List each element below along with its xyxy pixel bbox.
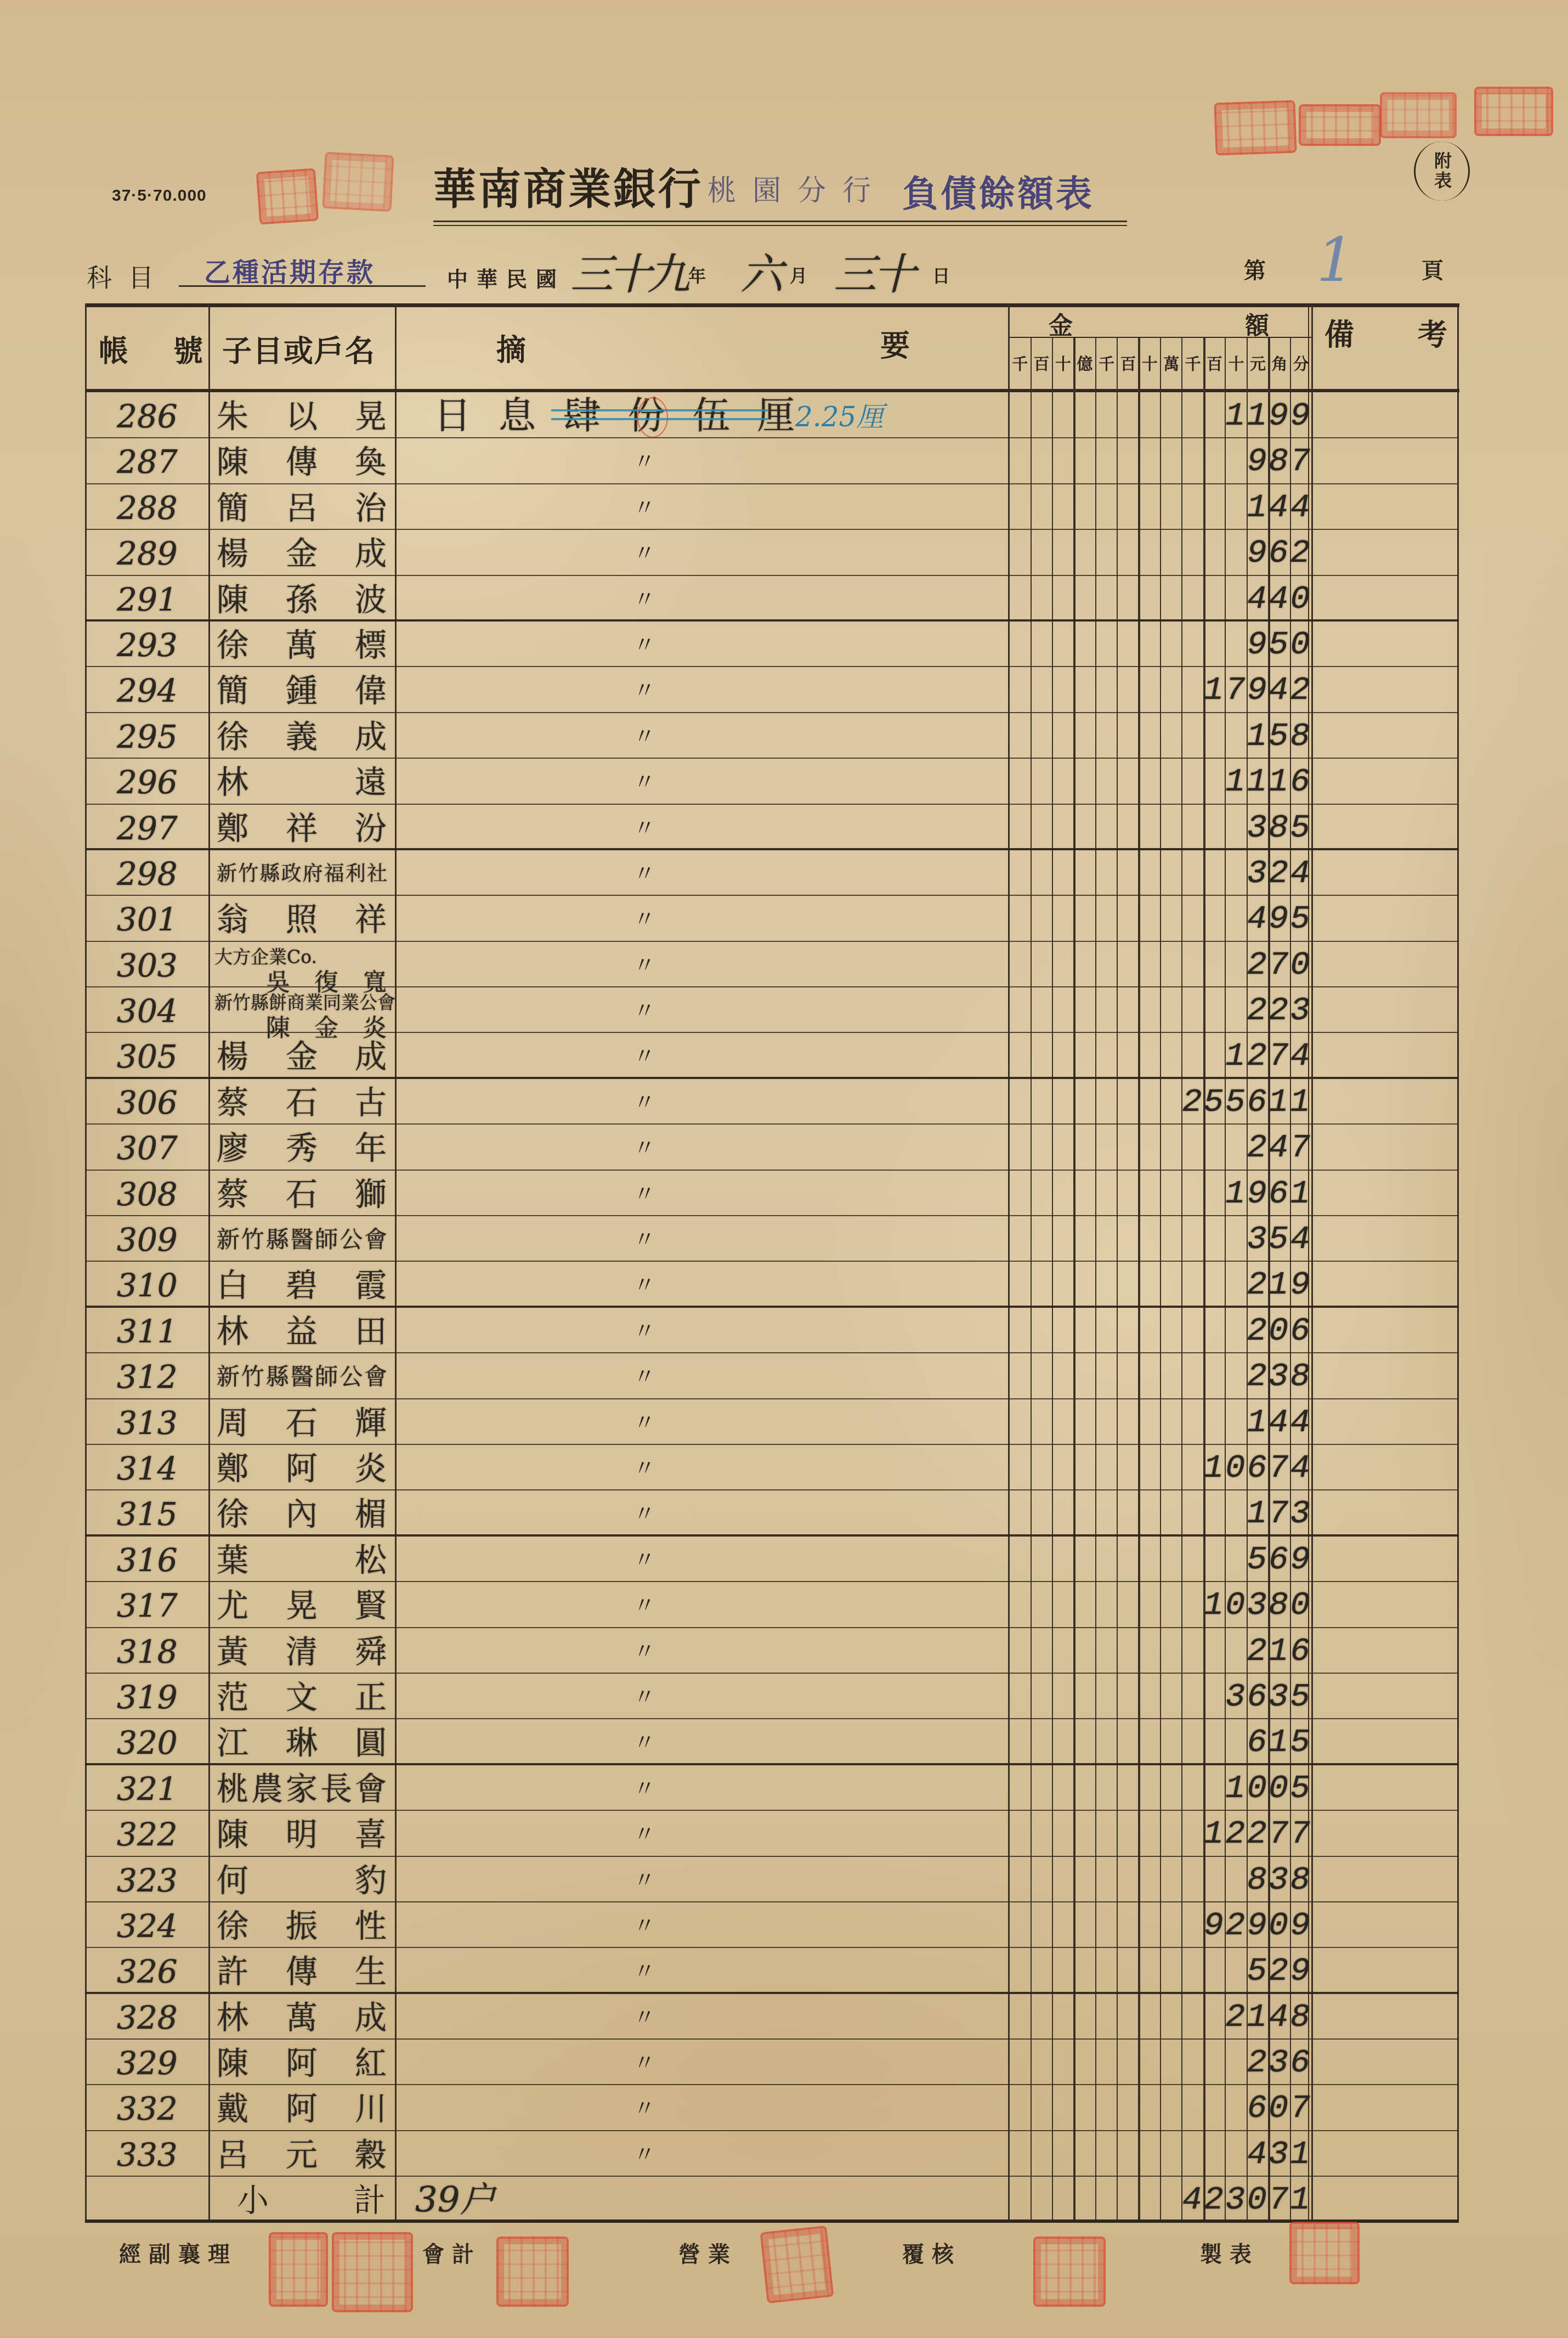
account-number: 324	[85, 1902, 208, 1947]
summary-ditto-mark: 〃	[395, 759, 1009, 803]
seal-stamp	[269, 2232, 328, 2307]
balance-amount: 495	[1009, 896, 1312, 940]
title-underline	[433, 221, 1127, 222]
account-holder-name: 簡鍾偉	[217, 667, 387, 711]
summary-ditto-mark: 〃	[395, 1033, 1009, 1077]
subtotal-label-1: 小	[237, 2177, 269, 2224]
account-number: 328	[85, 1994, 208, 2038]
account-number: 289	[85, 530, 208, 574]
summary-cell: 日息肆份伍厘 2.25厘	[395, 393, 1009, 437]
attachment-mark: 附表	[1414, 142, 1470, 201]
seal-stamp	[1033, 2237, 1106, 2307]
balance-amount: 219	[1009, 1262, 1312, 1306]
seal-stamp	[496, 2237, 569, 2307]
date-month-label: 月	[790, 262, 807, 287]
table-row: 311林益田〃206	[85, 1308, 1459, 1353]
summary-ditto-mark: 〃	[395, 2131, 1009, 2176]
summary-ditto-mark: 〃	[395, 1719, 1009, 1764]
balance-amount: 1116	[1009, 759, 1312, 803]
balance-amount: 173	[1009, 1490, 1312, 1535]
account-holder-name: 蔡石獅	[217, 1171, 387, 1215]
subtotal-amount: 423071	[1009, 2177, 1312, 2221]
seal-stamp	[332, 2232, 413, 2312]
account-holder-name: 廖秀年	[217, 1125, 387, 1169]
account-number: 318	[85, 1628, 208, 1673]
account-number: 332	[85, 2085, 208, 2130]
table-row: 298新竹縣政府福利社〃324	[85, 850, 1459, 896]
table-row: 288簡呂治〃144	[85, 484, 1459, 530]
account-holder-name: 許傳生	[217, 1948, 387, 1992]
account-holder-name: 尤晃賢	[217, 1582, 387, 1627]
rate-annotation: 2.25厘	[795, 395, 884, 434]
table-row: 297鄭祥汾〃385	[85, 805, 1459, 850]
header-account-1: 帳	[99, 328, 128, 370]
table-row: 332戴阿川〃607	[85, 2085, 1459, 2131]
header-summary-2: 要	[880, 323, 910, 365]
header-remarks-1: 備	[1324, 312, 1354, 354]
summary-ditto-mark: 〃	[395, 1582, 1009, 1627]
table-row: 307廖秀年〃247	[85, 1125, 1459, 1170]
summary-ditto-mark: 〃	[395, 1079, 1009, 1123]
digit-unit-label: 元	[1247, 339, 1269, 389]
account-number: 313	[85, 1399, 208, 1444]
account-number: 306	[85, 1079, 208, 1123]
digit-unit-label: 十	[1139, 339, 1161, 389]
balance-amount: 236	[1009, 2040, 1312, 2084]
summary-ditto-mark: 〃	[395, 667, 1009, 711]
account-number: 295	[85, 713, 208, 758]
summary-ditto-mark: 〃	[395, 1262, 1009, 1306]
table-row: 294簡鍾偉〃17942	[85, 667, 1459, 713]
date-day: 三十	[834, 240, 913, 302]
summary-ditto-mark: 〃	[395, 1674, 1009, 1718]
balance-amount: 10674	[1009, 1445, 1312, 1489]
summary-ditto-mark: 〃	[395, 484, 1009, 529]
account-holder-name: 朱以晃	[217, 393, 387, 437]
balance-amount: 1274	[1009, 1033, 1312, 1077]
summary-ditto-mark: 〃	[395, 1445, 1009, 1489]
account-holder-name: 陳明喜	[217, 1811, 387, 1855]
digit-unit-label: 十	[1052, 339, 1074, 389]
table-row: 315徐內楣〃173	[85, 1490, 1459, 1536]
table-row: 306蔡石古〃255611	[85, 1079, 1459, 1125]
account-number: 293	[85, 622, 208, 666]
summary-ditto-mark: 〃	[395, 1948, 1009, 1992]
digit-unit-label: 萬	[1161, 339, 1182, 389]
summary-ditto-mark: 〃	[395, 1308, 1009, 1352]
balance-amount: 440	[1009, 576, 1312, 620]
table-row: 317尤晃賢〃10380	[85, 1582, 1459, 1628]
balance-amount: 2148	[1009, 1994, 1312, 2038]
branch-name: 桃園分行	[707, 167, 887, 208]
table-row: 293徐萬標〃950	[85, 622, 1459, 667]
summary-ditto-mark: 〃	[395, 1811, 1009, 1855]
account-number: 305	[85, 1033, 208, 1077]
table-row: 323何豹〃838	[85, 1857, 1459, 1902]
account-holder-name: 林益田	[217, 1308, 387, 1352]
account-number: 294	[85, 667, 208, 711]
seal-stamp	[1474, 87, 1553, 136]
balance-amount: 3635	[1009, 1674, 1312, 1718]
summary-ditto-mark: 〃	[395, 1765, 1009, 1810]
report-title: 負債餘額表	[902, 165, 1094, 217]
date-day-label: 日	[932, 262, 950, 287]
summary-ditto-mark: 〃	[395, 2040, 1009, 2084]
subject-label: 科目	[87, 258, 170, 294]
digit-unit-label: 百	[1031, 339, 1052, 389]
seal-stamp	[1299, 104, 1381, 146]
account-number: 309	[85, 1216, 208, 1261]
header-name: 子目或戶名	[222, 328, 376, 370]
table-row: 301翁照祥〃495	[85, 896, 1459, 941]
account-holder-name: 蔡石古	[217, 1079, 387, 1123]
summary-ditto-mark: 〃	[395, 1537, 1009, 1581]
balance-amount: 569	[1009, 1537, 1312, 1581]
ledger-table-body: 286 朱以晃 日息肆份伍厘 2.25厘 1199 287陳傳奐〃987 288…	[85, 393, 1459, 2223]
signature-label-operations: 營業	[678, 2237, 738, 2268]
account-number: 315	[85, 1490, 208, 1535]
account-number: 317	[85, 1582, 208, 1627]
account-count: 39户	[415, 2177, 495, 2224]
summary-ditto-mark: 〃	[395, 713, 1009, 758]
account-holder-name: 陳傳奐	[217, 438, 387, 483]
account-number: 329	[85, 2040, 208, 2084]
table-row: 316葉松〃569	[85, 1537, 1459, 1582]
signature-label-preparer: 製表	[1200, 2237, 1259, 2268]
summary-ditto-mark: 〃	[395, 942, 1009, 986]
account-holder-name: 白碧霞	[217, 1262, 387, 1306]
account-holder-name: 陳阿紅	[217, 2040, 387, 2084]
date-year: 三十九	[570, 240, 686, 302]
balance-amount: 10380	[1009, 1582, 1312, 1627]
account-number: 308	[85, 1171, 208, 1215]
table-row: 333呂元穀〃431	[85, 2131, 1459, 2177]
account-holder-name: 呂元穀	[217, 2131, 387, 2176]
account-holder-name: 翁照祥	[217, 896, 387, 940]
table-row: 313周石輝〃144	[85, 1399, 1459, 1445]
interest-rate-text: 日息肆份伍厘	[434, 393, 822, 440]
account-number: 286	[85, 393, 208, 437]
digit-unit-label: 角	[1269, 339, 1290, 389]
account-holder-name: 周石輝	[217, 1399, 387, 1444]
signature-label-manager: 經副襄理	[119, 2237, 237, 2268]
account-number: 314	[85, 1445, 208, 1489]
balance-amount: 1199	[1009, 393, 1312, 437]
title-underline	[433, 225, 1127, 226]
summary-ditto-mark: 〃	[395, 1490, 1009, 1535]
table-row: 286 朱以晃 日息肆份伍厘 2.25厘 1199	[85, 393, 1459, 438]
signature-label-accounting: 會計	[422, 2237, 482, 2268]
balance-amount: 238	[1009, 1353, 1312, 1398]
table-row: 303大方企業Co.吳復寬〃270	[85, 942, 1459, 987]
balance-amount: 385	[1009, 805, 1312, 849]
account-number: 287	[85, 438, 208, 483]
header-amount-1: 金	[1049, 306, 1073, 341]
summary-ditto-mark: 〃	[395, 1171, 1009, 1215]
page-suffix: 頁	[1422, 253, 1444, 285]
account-number: 320	[85, 1719, 208, 1764]
balance-amount: 962	[1009, 530, 1312, 574]
account-holder-name: 黃清舜	[217, 1628, 387, 1673]
table-row: 312新竹縣醫師公會〃238	[85, 1353, 1459, 1399]
account-number: 304	[85, 987, 208, 1032]
digit-unit-label: 億	[1074, 339, 1095, 389]
account-number: 310	[85, 1262, 208, 1306]
table-row: 309新竹縣醫師公會〃354	[85, 1216, 1459, 1262]
subject-value: 乙種活期存款	[204, 251, 375, 289]
digit-unit-label: 分	[1290, 339, 1312, 389]
balance-amount: 607	[1009, 2085, 1312, 2130]
bank-name: 華南商業銀行	[433, 155, 703, 217]
account-holder-name: 徐振性	[217, 1902, 387, 1947]
account-number: 301	[85, 896, 208, 940]
correction-seal	[637, 397, 668, 438]
seal-stamp	[1380, 92, 1457, 138]
table-row: 328林萬成〃2148	[85, 1994, 1459, 2040]
table-row: 314鄭阿炎〃10674	[85, 1445, 1459, 1490]
summary-ditto-mark: 〃	[395, 1902, 1009, 1947]
account-number: 326	[85, 1948, 208, 1992]
balance-amount: 950	[1009, 622, 1312, 666]
account-holder-name: 林遠	[217, 759, 387, 803]
summary-ditto-mark: 〃	[395, 530, 1009, 574]
seal-stamp	[1289, 2222, 1360, 2284]
account-number: 298	[85, 850, 208, 895]
balance-amount: 354	[1009, 1216, 1312, 1261]
balance-amount: 206	[1009, 1308, 1312, 1352]
balance-amount: 270	[1009, 942, 1312, 986]
account-holder-name: 江琳圓	[217, 1719, 387, 1764]
table-row: 291陳孫波〃440	[85, 576, 1459, 622]
table-row: 320江琳圓〃615	[85, 1719, 1459, 1765]
account-number: 319	[85, 1674, 208, 1718]
balance-amount: 431	[1009, 2131, 1312, 2176]
account-number: 288	[85, 484, 208, 529]
balance-amount: 838	[1009, 1857, 1312, 1901]
table-row: 324徐振性〃92909	[85, 1902, 1459, 1948]
table-row: 305楊金成〃1274	[85, 1033, 1459, 1078]
account-holder-name: 葉松	[217, 1537, 387, 1581]
table-row: 318黃清舜〃216	[85, 1628, 1459, 1674]
summary-ditto-mark: 〃	[395, 1353, 1009, 1398]
subject-underline	[179, 285, 426, 287]
account-holder-name: 徐萬標	[217, 622, 387, 666]
digit-unit-label: 千	[1096, 339, 1117, 389]
date-year-label: 年	[688, 262, 706, 287]
table-row: 326許傳生〃529	[85, 1948, 1459, 1993]
table-row: 322陳明喜〃12277	[85, 1811, 1459, 1856]
balance-amount: 247	[1009, 1125, 1312, 1169]
balance-amount: 17942	[1009, 667, 1312, 711]
seal-stamp	[1214, 100, 1297, 155]
account-number: 297	[85, 805, 208, 849]
balance-amount: 12277	[1009, 1811, 1312, 1855]
account-number: 333	[85, 2131, 208, 2176]
subtotal-label-2: 計	[354, 2177, 386, 2224]
account-holder-name: 陳孫波	[217, 576, 387, 620]
balance-amount: 144	[1009, 484, 1312, 529]
balance-amount: 223	[1009, 987, 1312, 1032]
ledger-scan: 37·5·70.000 華南商業銀行 桃園分行 負債餘額表 附表 科目 乙種活期…	[0, 0, 1568, 2338]
summary-ditto-mark: 〃	[395, 576, 1009, 620]
account-number: 321	[85, 1765, 208, 1810]
account-number: 296	[85, 759, 208, 803]
header-remarks-2: 考	[1418, 312, 1447, 354]
account-holder-name: 徐義成	[217, 713, 387, 758]
summary-ditto-mark: 〃	[395, 987, 1009, 1032]
digit-unit-label: 百	[1117, 339, 1139, 389]
seal-stamp	[760, 2226, 834, 2303]
account-holder-name: 大方企業Co.吳復寬	[217, 942, 387, 986]
seal-stamp	[322, 152, 394, 212]
account-holder-name: 楊金成	[217, 530, 387, 574]
digit-unit-label: 十	[1225, 339, 1247, 389]
page-prefix: 第	[1244, 253, 1266, 285]
date-era-label: 中華民國	[447, 262, 565, 292]
signature-label-review: 覆核	[902, 2237, 961, 2268]
account-holder-name: 新竹縣餅商業同業公會陳金炎	[217, 987, 387, 1032]
table-row: 304新竹縣餅商業同業公會陳金炎〃223	[85, 987, 1459, 1033]
balance-amount: 92909	[1009, 1902, 1312, 1947]
account-holder-name: 徐內楣	[217, 1490, 387, 1535]
summary-ditto-mark: 〃	[395, 1628, 1009, 1673]
digit-unit-label: 千	[1182, 339, 1203, 389]
balance-amount: 144	[1009, 1399, 1312, 1444]
table-row: 319范文正〃3635	[85, 1674, 1459, 1719]
summary-ditto-mark: 〃	[395, 805, 1009, 849]
account-holder-name: 范文正	[217, 1674, 387, 1718]
summary-ditto-mark: 〃	[395, 1125, 1009, 1169]
summary-ditto-mark: 〃	[395, 896, 1009, 940]
account-holder-name: 簡呂治	[217, 484, 387, 529]
header-account-2: 號	[173, 328, 203, 370]
balance-amount: 255611	[1009, 1079, 1312, 1123]
account-holder-name: 何豹	[217, 1857, 387, 1901]
balance-amount: 216	[1009, 1628, 1312, 1673]
date-month: 六	[740, 240, 783, 302]
balance-amount: 324	[1009, 850, 1312, 895]
balance-amount: 1005	[1009, 1765, 1312, 1810]
account-number: 316	[85, 1537, 208, 1581]
account-number: 322	[85, 1811, 208, 1855]
balance-amount: 987	[1009, 438, 1312, 483]
summary-ditto-mark: 〃	[395, 1216, 1009, 1261]
table-row: 308蔡石獅〃1961	[85, 1171, 1459, 1216]
balance-amount: 529	[1009, 1948, 1312, 1992]
header-amount-2: 額	[1245, 306, 1269, 341]
table-row: 296林遠〃1116	[85, 759, 1459, 804]
attachment-label: 附表	[1429, 151, 1454, 191]
account-holder-name: 鄭阿炎	[217, 1445, 387, 1489]
account-number: 311	[85, 1308, 208, 1352]
summary-ditto-mark: 〃	[395, 1857, 1009, 1901]
account-number: 312	[85, 1353, 208, 1398]
table-row: 310白碧霞〃219	[85, 1262, 1459, 1307]
summary-ditto-mark: 〃	[395, 1399, 1009, 1444]
account-holder-name: 戴阿川	[217, 2085, 387, 2130]
summary-ditto-mark: 〃	[395, 438, 1009, 483]
header-summary-1: 摘	[496, 327, 526, 369]
account-holder-name: 林萬成	[217, 1994, 387, 2038]
account-holder-name: 桃農家長會	[217, 1765, 387, 1810]
subtotal-row: 小 計 39户 423071	[85, 2177, 1459, 2222]
balance-amount: 615	[1009, 1719, 1312, 1764]
table-row: 329陳阿紅〃236	[85, 2040, 1459, 2085]
balance-amount: 1961	[1009, 1171, 1312, 1215]
table-row: 321桃農家長會〃1005	[85, 1765, 1459, 1811]
account-number: 291	[85, 576, 208, 620]
account-number: 307	[85, 1125, 208, 1169]
account-holder-name: 新竹縣醫師公會	[217, 1216, 387, 1261]
table-row: 289楊金成〃962	[85, 530, 1459, 575]
summary-ditto-mark: 〃	[395, 850, 1009, 895]
seal-stamp	[256, 168, 319, 224]
balance-amount: 158	[1009, 713, 1312, 758]
account-holder-name: 鄭祥汾	[217, 805, 387, 849]
table-row: 287陳傳奐〃987	[85, 438, 1459, 484]
digit-unit-label: 百	[1204, 339, 1225, 389]
page-number: 1	[1316, 225, 1355, 295]
table-row: 295徐義成〃158	[85, 713, 1459, 759]
account-number: 303	[85, 942, 208, 986]
summary-ditto-mark: 〃	[395, 1994, 1009, 2038]
account-number: 323	[85, 1857, 208, 1901]
digit-unit-label: 千	[1009, 339, 1031, 389]
summary-ditto-mark: 〃	[395, 2085, 1009, 2130]
summary-ditto-mark: 〃	[395, 622, 1009, 666]
account-holder-name: 楊金成	[217, 1033, 387, 1077]
account-holder-name: 新竹縣醫師公會	[217, 1353, 387, 1398]
form-code: 37·5·70.000	[112, 187, 207, 205]
account-holder-name: 新竹縣政府福利社	[217, 850, 387, 895]
